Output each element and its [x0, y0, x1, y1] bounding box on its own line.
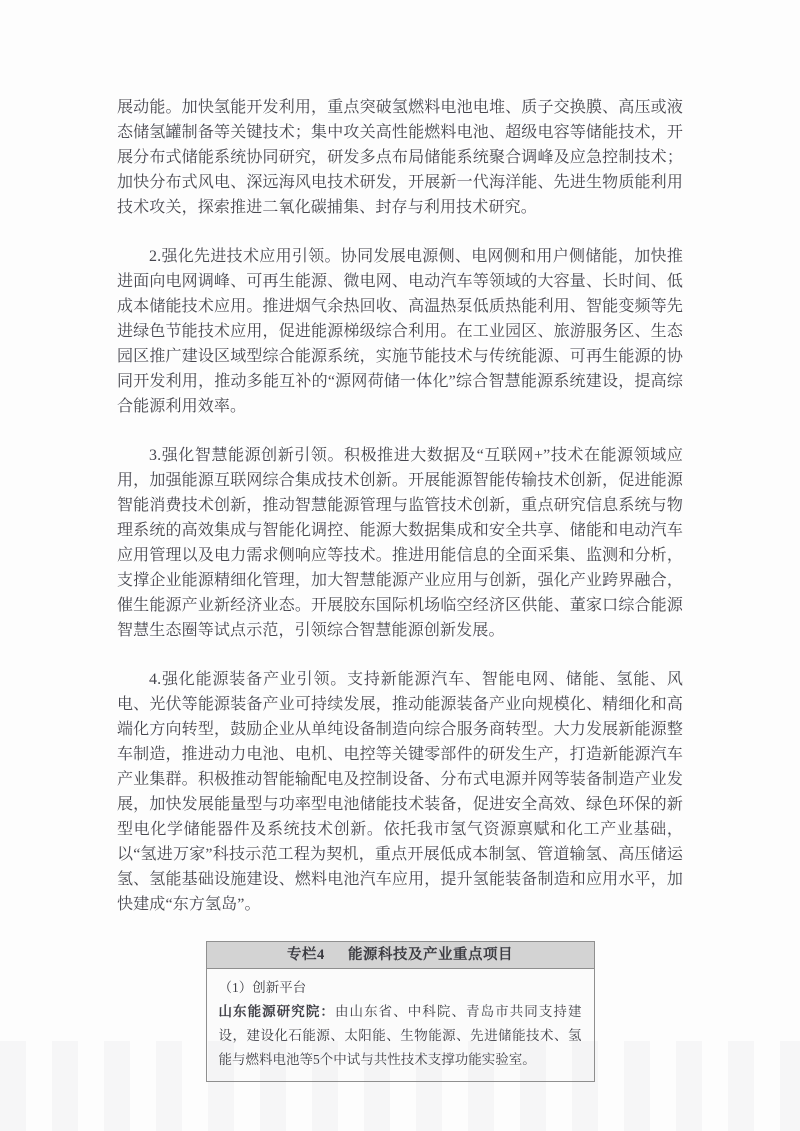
document-page: 展动能。加快氢能开发利用，重点突破氢燃料电池电堆、质子交换膜、高压或液态储氢罐制…	[0, 0, 800, 1131]
callout-line-shandong-energy-institute: 山东能源研究院：由山东省、中科院、青岛市共同支持建设，建设化石能源、太阳能、生物…	[219, 1000, 582, 1072]
paragraph-3-smart-energy: 3.强化智慧能源创新引领。积极推进大数据及“互联网+”技术在能源领域应用，加强能…	[117, 443, 683, 643]
callout-header: 专栏4能源科技及产业重点项目	[207, 942, 594, 969]
callout-line-innovation-platform: （1）创新平台	[219, 976, 582, 1000]
callout-body: （1）创新平台 山东能源研究院：由山东省、中科院、青岛市共同支持建设，建设化石能…	[207, 969, 594, 1081]
callout-line-lead: 山东能源研究院：	[219, 1004, 336, 1019]
document-body: 展动能。加快氢能开发利用，重点突破氢燃料电池电堆、质子交换膜、高压或液态储氢罐制…	[117, 95, 683, 1082]
callout-title: 能源科技及产业重点项目	[348, 947, 513, 963]
paragraph-4-equipment-industry: 4.强化能源装备产业引领。支持新能源汽车、智能电网、储能、氢能、风电、光伏等能源…	[117, 667, 683, 917]
callout-box-column4: 专栏4能源科技及产业重点项目 （1）创新平台 山东能源研究院：由山东省、中科院、…	[206, 941, 595, 1082]
callout-line-text: （1）创新平台	[219, 980, 307, 995]
callout-label: 专栏4	[287, 947, 325, 963]
paragraph-continuation: 展动能。加快氢能开发利用，重点突破氢燃料电池电堆、质子交换膜、高压或液态储氢罐制…	[117, 95, 683, 220]
paragraph-2-advanced-tech: 2.强化先进技术应用引领。协同发展电源侧、电网侧和用户侧储能，加快推进面向电网调…	[117, 244, 683, 419]
